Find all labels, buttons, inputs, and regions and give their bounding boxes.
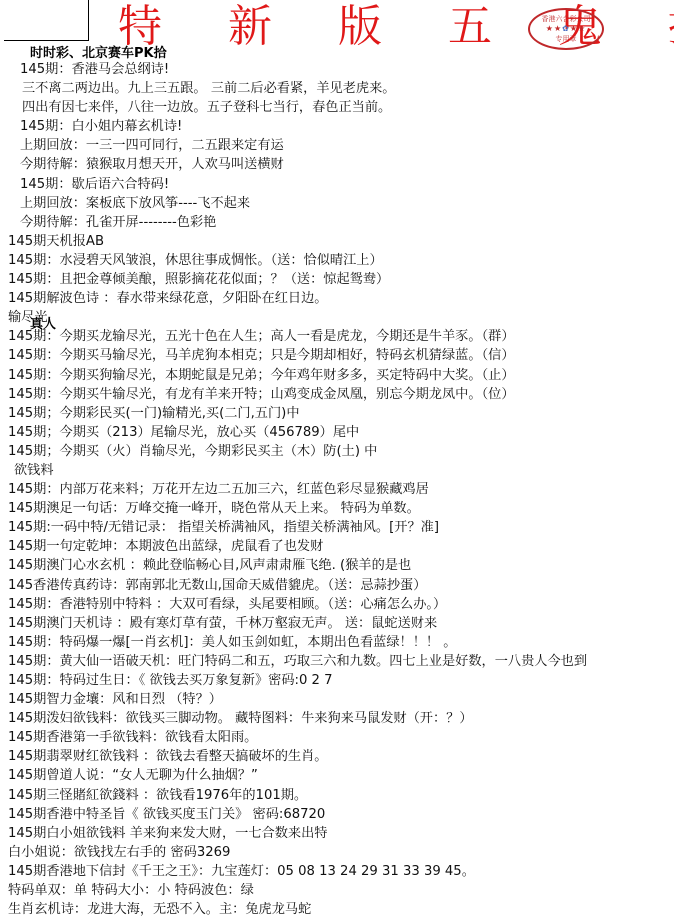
text-line: 145期；今期彩民买(一门)输精光,买(二门,五门)中 xyxy=(0,404,674,423)
text-line: 145期：今期买龙输尽光，五光十色在人生；高人一看是虎龙，今期还是牛羊豕。（群） xyxy=(0,327,674,346)
text-line: 145期解波色诗 ：春水带来绿花意，夕阳卧在红日边。 xyxy=(0,289,674,308)
text-line: 145期：歇后语六合特码! xyxy=(0,175,674,194)
stamp-stars-icon: ★★✿★★ xyxy=(546,24,586,34)
text-line: 145期澳足一句话：万峰交掩一峰开，晓色常从天上来。 特码为单数。 xyxy=(0,499,674,518)
logo-box xyxy=(4,0,89,41)
text-line: 145期：香港马会总纲诗! xyxy=(0,60,674,79)
text-line: 145期泼妇欲钱料：欲钱买三脚动物。 藏特图料：牛来狗来马鼠发财（开：？） xyxy=(0,709,674,728)
text-line: 今期待解：孔雀开屏--------色彩艳 xyxy=(0,213,674,232)
text-line: 特码单双：单 特码大小：小 特码波色：绿 xyxy=(0,881,674,900)
text-line: 145期：今期买狗输尽光，本期蛇鼠是兄弟；今年鸡年财多多，买定特码中大奖。（止） xyxy=(0,366,674,385)
text-line: 145期：黄大仙一语破天机：旺门特码二和五，巧取三六和九数。四七上业是好数，一八… xyxy=(0,652,674,671)
text-line: 145期：特码过生日：《 欲钱去买万象复新》密码:0 2 7 xyxy=(0,671,674,690)
stamp-top-text: 香港六合彩公司 xyxy=(542,14,591,24)
text-line: 欲钱料 xyxy=(0,461,674,480)
text-line: 上期回放：案板底下放风筝----飞不起来 xyxy=(0,194,674,213)
text-line: 145期曾道人说：“女人无聊为什么抽烟？” xyxy=(0,766,674,785)
text-line: 三不离二两边出。九上三五跟。 三前二后必看紧，羊见老虎来。 xyxy=(0,79,674,98)
text-line: 145期：特码爆一爆[一肖玄机]：美人如玉剑如虹，本期出色看蓝绿！！！ 。 xyxy=(0,633,674,652)
text-line: 145期智力金壤：风和日烈 （特？） xyxy=(0,690,674,709)
text-line: 四出有因七来伴，八往一边放。五子登科七当行，春色正当前。 xyxy=(0,98,674,117)
text-line: 145期香港地下信封《千王之王》：九宝莲灯：05 08 13 24 29 31 … xyxy=(0,862,674,881)
text-line: 145期一句定乾坤：本期波色出蓝绿，虎鼠看了也发财 xyxy=(0,537,674,556)
seal-stamp: 香港六合彩公司 ★★✿★★ 专用章 xyxy=(528,8,604,50)
text-line: 145期：且把金尊倾美酿，照影摘花花似面；？（送：惊起鸳鸯） xyxy=(0,270,674,289)
text-line: 输尽光 xyxy=(0,308,674,327)
text-line: 145期香港第一手欲钱料：欲钱看太阳雨。 xyxy=(0,728,674,747)
text-line: 145期香港中特圣旨《 欲钱买度玉门关》 密码:68720 xyxy=(0,805,674,824)
content-lines: 145期：香港马会总纲诗!三不离二两边出。九上三五跟。 三前二后必看紧，羊见老虎… xyxy=(0,60,674,919)
text-line: 今期待解：猿猴取月想天开，人欢马叫送横财 xyxy=(0,155,674,174)
overlay-label: 真人 xyxy=(30,313,56,332)
text-line: 145期:一码中特/无错记录： 指望关桥满袖风，指望关桥满袖风。[开？准] xyxy=(0,518,674,537)
text-line: 生肖玄机诗：龙进大海，无恐不入。主：兔虎龙马蛇 xyxy=(0,900,674,919)
text-line: 145期：白小姐内幕玄机诗! xyxy=(0,117,674,136)
text-line: 145期：水浸碧天风皱浪，休思往事成惆怅。（送：恰似晴江上） xyxy=(0,251,674,270)
text-line: 145期：今期买牛输尽光，有龙有羊来开特；山鸡变成金凤凰，别忘今期龙凤中。（位） xyxy=(0,385,674,404)
subheading: 时时彩、北京赛车PK拾 xyxy=(30,46,167,61)
stamp-bottom-text: 专用章 xyxy=(556,34,577,44)
text-line: 145期三怪賭紅欲錢料 ：欲钱看1976年的101期。 xyxy=(0,786,674,805)
text-line: 145期澳门心水玄机 ：赖此登临畅心目,风声肃肃雁飞绝. (猴羊的是也 xyxy=(0,556,674,575)
text-line: 145期白小姐欲钱料 羊来狗来发大财，一七合数来出特 xyxy=(0,824,674,843)
text-line: 145期；今期买（火）肖输尽光，今期彩民买主（木）防(土) 中 xyxy=(0,442,674,461)
text-line: 145期天机报AB xyxy=(0,232,674,251)
text-line: 145香港传真药诗：郭南郭北无数山,国命天威借貔虎。（送：忌蒜抄蛋） xyxy=(0,576,674,595)
text-line: 145期：香港特别中特料 ：大双可看绿，头尾要相顾。（送：心痛怎么办。） xyxy=(0,595,674,614)
text-line: 145期：今期买马输尽光，马羊虎狗本相克；只是今期却相好，特码玄机猜绿蓝。（信） xyxy=(0,346,674,365)
text-line: 白小姐说：欲钱找左右手的 密码3269 xyxy=(0,843,674,862)
text-line: 上期回放：一三一四可同行，二五跟来定有运 xyxy=(0,136,674,155)
text-line: 145期；今期买（213）尾输尽光，放心买（456789）尾中 xyxy=(0,423,674,442)
text-line: 145期澳门天机诗 ：殿有寒灯草有萤，千林万壑寂无声。 送：鼠蛇送财来 xyxy=(0,614,674,633)
text-line: 145期：内部万花来料；万花开左边二五加三六，红蓝色彩尽显猴藏鸡居 xyxy=(0,480,674,499)
text-line: 145期翡翠财红欲钱料 ：欲钱去看整天搞破坏的生肖。 xyxy=(0,747,674,766)
